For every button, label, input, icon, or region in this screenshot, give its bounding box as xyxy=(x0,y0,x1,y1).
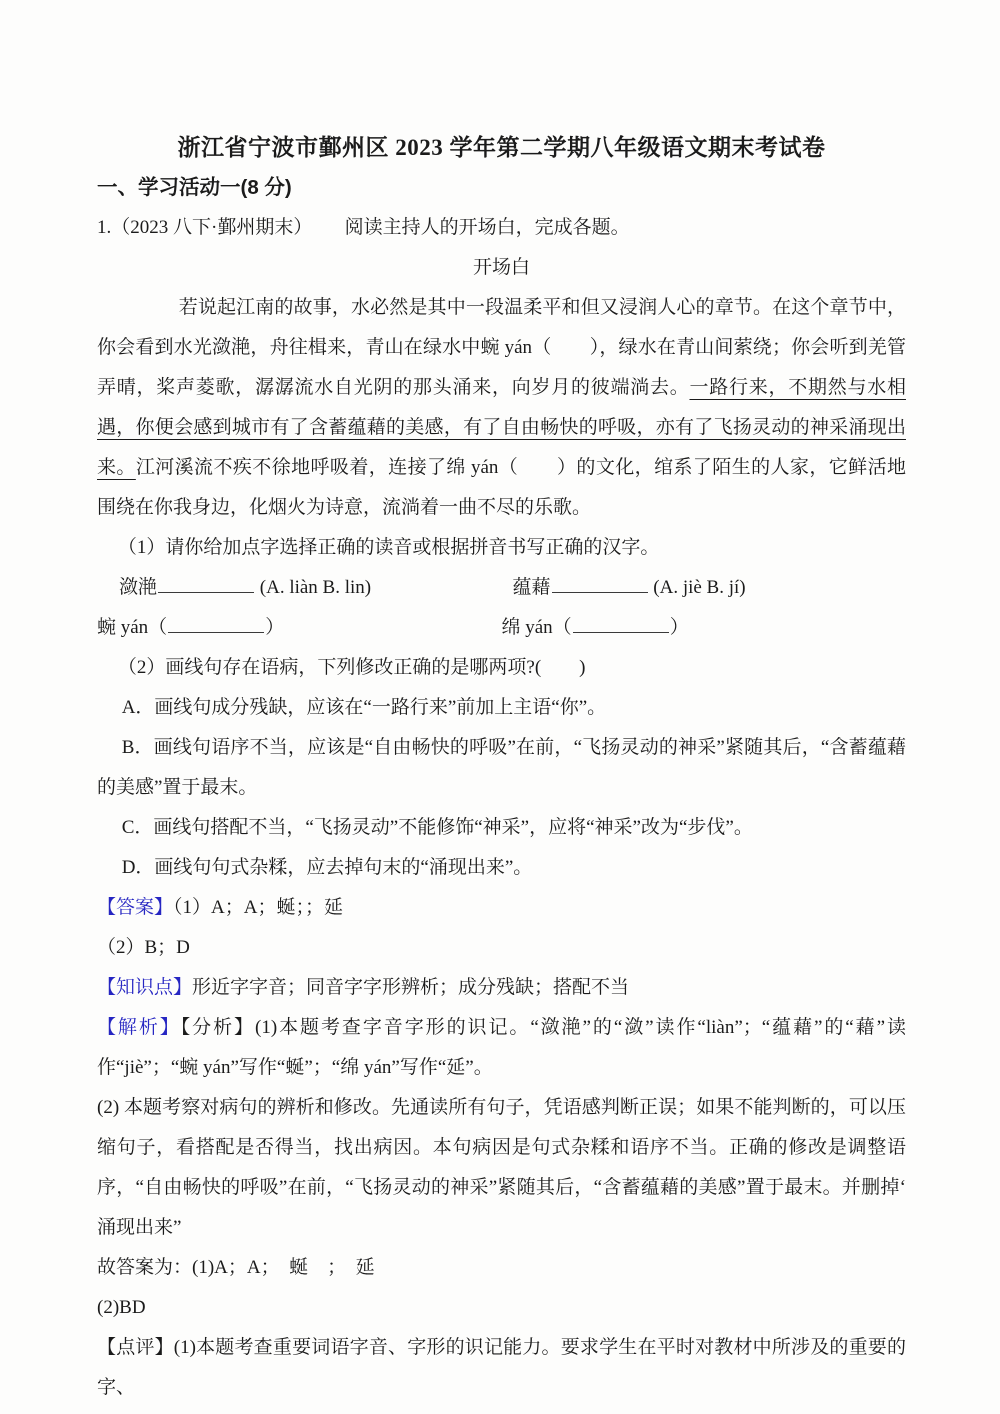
exam-paper-page: 浙江省宁波市鄞州区 2023 学年第二学期八年级语文期末考试卷 一、学习活动一(… xyxy=(0,0,1000,1414)
q2-prompt: （2）画线句存在语病，下列修改正确的是哪两项?( ) xyxy=(97,648,906,688)
answer-line-2: （2）B；D xyxy=(97,928,906,968)
fill-item-yunjie: 蕴藉 (A. jiè B. jí) xyxy=(513,568,907,608)
answer-blank xyxy=(573,627,669,633)
knowledge-label: 【知识点】 xyxy=(97,977,192,998)
q1-prompt: （1）请你给加点字选择正确的读音或根据拼音书写正确的汉字。 xyxy=(97,528,906,568)
fill-paren: ） xyxy=(670,617,689,638)
answer-blank xyxy=(552,587,648,593)
q1-fill-row-2: 蜿 yán（） 绵 yán（） xyxy=(97,608,906,648)
passage-body: 若说起江南的故事，水必然是其中一段温柔平和但又浸润人心的章节。在这个章节中，你会… xyxy=(97,288,906,528)
analysis-sublabel: 【分析】 xyxy=(181,1017,255,1038)
fill-item-lianyan: 潋滟 (A. liàn B. lin) xyxy=(119,568,513,608)
passage-text-after-underline: 江河溪流不疾不徐地呼吸着，连接了绵 yán（ ）的文化，绾系了陌生的人家，它鲜活… xyxy=(97,457,906,518)
comment-label: 【点评】 xyxy=(97,1337,174,1358)
section-heading: 一、学习活动一(8 分) xyxy=(97,168,906,208)
analysis-label: 【解析】 xyxy=(97,1017,181,1038)
knowledge-text: 形近字字音；同音字字形辨析；成分残缺；搭配不当 xyxy=(192,977,629,998)
question-intro: 1.（2023 八下·鄞州期末）阅读主持人的开场白，完成各题。 xyxy=(97,208,906,248)
analysis-paragraph-2: (2) 本题考察对病句的辨析和修改。先通读所有句子，凭语感判断正误；如果不能判断… xyxy=(97,1088,906,1248)
fill-paren: ） xyxy=(265,617,284,638)
fill-word: 蕴藉 xyxy=(513,577,551,598)
fill-word: 潋滟 xyxy=(119,577,157,598)
exam-title: 浙江省宁波市鄞州区 2023 学年第二学期八年级语文期末考试卷 xyxy=(97,128,906,168)
option-b: B．画线句语序不当，应该是“自由畅快的呼吸”在前，“飞扬灵动的神采”紧随其后，“… xyxy=(97,728,906,808)
fill-item-mianyan: 绵 yán（） xyxy=(502,608,907,648)
q1-fill-row-1: 潋滟 (A. liàn B. lin) 蕴藉 (A. jiè B. jí) xyxy=(97,568,906,608)
fill-options: (A. liàn B. lin) xyxy=(255,577,371,598)
knowledge-line: 【知识点】形近字字音；同音字字形辨析；成分残缺；搭配不当 xyxy=(97,968,906,1008)
question-intro-text: 阅读主持人的开场白，完成各题。 xyxy=(345,217,630,238)
answer-line-1: 【答案】（1）A；A；蜒；；延 xyxy=(97,888,906,928)
answer-blank xyxy=(158,587,254,593)
analysis-paragraph-1: 【解析】【分析】(1)本题考查字音字形的识记。“潋滟”的“潋”读作“liàn”；… xyxy=(97,1008,906,1088)
comment-line: 【点评】(1)本题考查重要词语字音、字形的识记能力。要求学生在平时对教材中所涉及… xyxy=(97,1328,906,1408)
answer-label: 【答案】 xyxy=(97,897,173,918)
option-a: A．画线句成分残缺，应该在“一路行来”前加上主语“你”。 xyxy=(97,688,906,728)
fill-item-wanyan: 蜿 yán（） xyxy=(97,608,502,648)
answer-blank xyxy=(168,627,264,633)
fill-options: (A. jiè B. jí) xyxy=(649,577,746,598)
passage-title: 开场白 xyxy=(97,248,906,288)
fill-word: 蜿 yán（ xyxy=(97,617,167,638)
answer-text-1: （1）A；A；蜒；；延 xyxy=(173,897,343,918)
fill-word: 绵 yán（ xyxy=(502,617,572,638)
analysis-answer-restate-2: (2)BD xyxy=(97,1288,906,1328)
option-d: D．画线句句式杂糅，应去掉句末的“涌现出来”。 xyxy=(97,848,906,888)
question-source: （2023 八下·鄞州期末） xyxy=(111,217,312,238)
comment-text: (1)本题考查重要词语字音、字形的识记能力。要求学生在平时对教材中所涉及的重要的… xyxy=(97,1337,906,1398)
option-c: C．画线句搭配不当，“飞扬灵动”不能修饰“神采”，应将“神采”改为“步伐”。 xyxy=(97,808,906,848)
analysis-answer-restate: 故答案为：(1)A；A； 蜒 ； 延 xyxy=(97,1248,906,1288)
question-number: 1. xyxy=(97,217,111,238)
